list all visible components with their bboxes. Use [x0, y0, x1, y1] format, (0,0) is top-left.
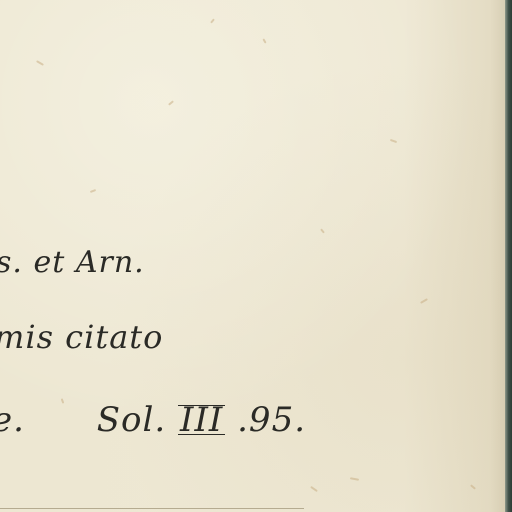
handwritten-line-2: mis citato: [0, 318, 163, 356]
paper-fiber: [350, 477, 359, 481]
dark-background-edge: [505, 0, 512, 512]
label-border-line: [0, 508, 304, 509]
paper-fiber: [420, 298, 428, 304]
paper-fiber: [320, 228, 325, 233]
handwritten-line-3: e. Sol. III .95.: [0, 400, 306, 440]
paper-fiber: [36, 60, 44, 66]
herbarium-label-paper: s. et Arn. mis citato e. Sol. III .95.: [0, 0, 505, 512]
handwritten-line-1: s. et Arn.: [0, 245, 145, 280]
page-number: .95.: [237, 400, 306, 440]
paper-fiber: [262, 38, 266, 43]
paper-fiber: [168, 100, 174, 105]
line-3-prefix: e.: [0, 400, 37, 440]
volume-numeral: III: [178, 405, 225, 435]
paper-fiber: [470, 484, 476, 489]
sol-abbreviation: Sol.: [97, 400, 178, 440]
paper-fiber: [390, 139, 397, 143]
paper-fiber: [210, 18, 215, 23]
paper-fiber: [90, 189, 96, 193]
paper-fiber: [310, 486, 318, 492]
